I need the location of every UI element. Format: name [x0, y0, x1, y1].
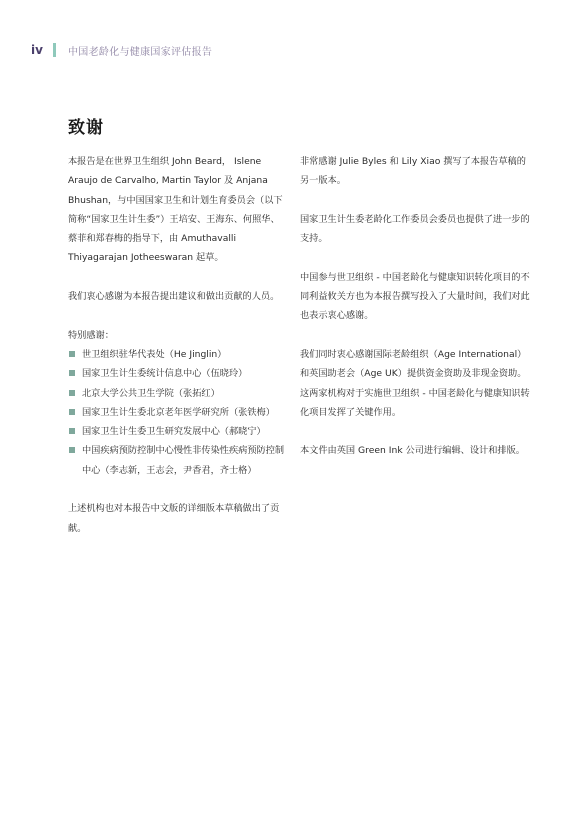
- paragraph: 我们同时衷心感谢国际老龄组织（Age International）和英国助老会（…: [300, 345, 532, 422]
- paragraph: 我们衷心感谢为本报告提出建议和做出贡献的人员。: [68, 287, 288, 306]
- paragraph: 本文件由英国 Green Ink 公司进行编辑、设计和排版。: [300, 441, 532, 460]
- left-column: 本报告是在世界卫生组织 John Beard， Islene Araujo de…: [68, 152, 288, 557]
- paragraph: 上述机构也对本报告中文版的详细版本草稿做出了贡献。: [68, 499, 288, 538]
- list-item: 国家卫生计生委统计信息中心（伍晓玲）: [68, 364, 288, 383]
- bullet-square-icon: [69, 370, 75, 376]
- special-thanks-list: 世卫组织驻华代表处（He Jinglin） 国家卫生计生委统计信息中心（伍晓玲）…: [68, 345, 288, 480]
- page-header: iv 中国老龄化与健康国家评估报告: [31, 41, 212, 59]
- header-divider: [53, 43, 56, 57]
- bullet-square-icon: [69, 428, 75, 434]
- bullet-square-icon: [69, 390, 75, 396]
- page-number: iv: [31, 43, 53, 57]
- page-title: 致谢: [68, 113, 104, 138]
- paragraph: 国家卫生计生委老龄化工作委员会委员也提供了进一步的支持。: [300, 210, 532, 249]
- list-item: 世卫组织驻华代表处（He Jinglin）: [68, 345, 288, 364]
- list-item: 国家卫生计生委卫生研究发展中心（郝晓宁）: [68, 422, 288, 441]
- right-column: 非常感谢 Julie Byles 和 Lily Xiao 撰写了本报告草稿的另一…: [300, 152, 532, 480]
- bullet-square-icon: [69, 351, 75, 357]
- list-item: 北京大学公共卫生学院（张拓红）: [68, 384, 288, 403]
- paragraph: 中国参与世卫组织 - 中国老龄化与健康知识转化项目的不同利益攸关方也为本报告撰写…: [300, 268, 532, 326]
- paragraph: 非常感谢 Julie Byles 和 Lily Xiao 撰写了本报告草稿的另一…: [300, 152, 532, 191]
- running-title: 中国老龄化与健康国家评估报告: [68, 43, 212, 58]
- special-thanks-label: 特别感谢：: [68, 326, 288, 345]
- paragraph: 本报告是在世界卫生组织 John Beard， Islene Araujo de…: [68, 152, 288, 268]
- list-item: 中国疾病预防控制中心慢性非传染性疾病预防控制中心（李志新，王志会，尹香君，齐士格…: [68, 441, 288, 480]
- list-item: 国家卫生计生委北京老年医学研究所（张铁梅）: [68, 403, 288, 422]
- bullet-square-icon: [69, 409, 75, 415]
- bullet-square-icon: [69, 447, 75, 453]
